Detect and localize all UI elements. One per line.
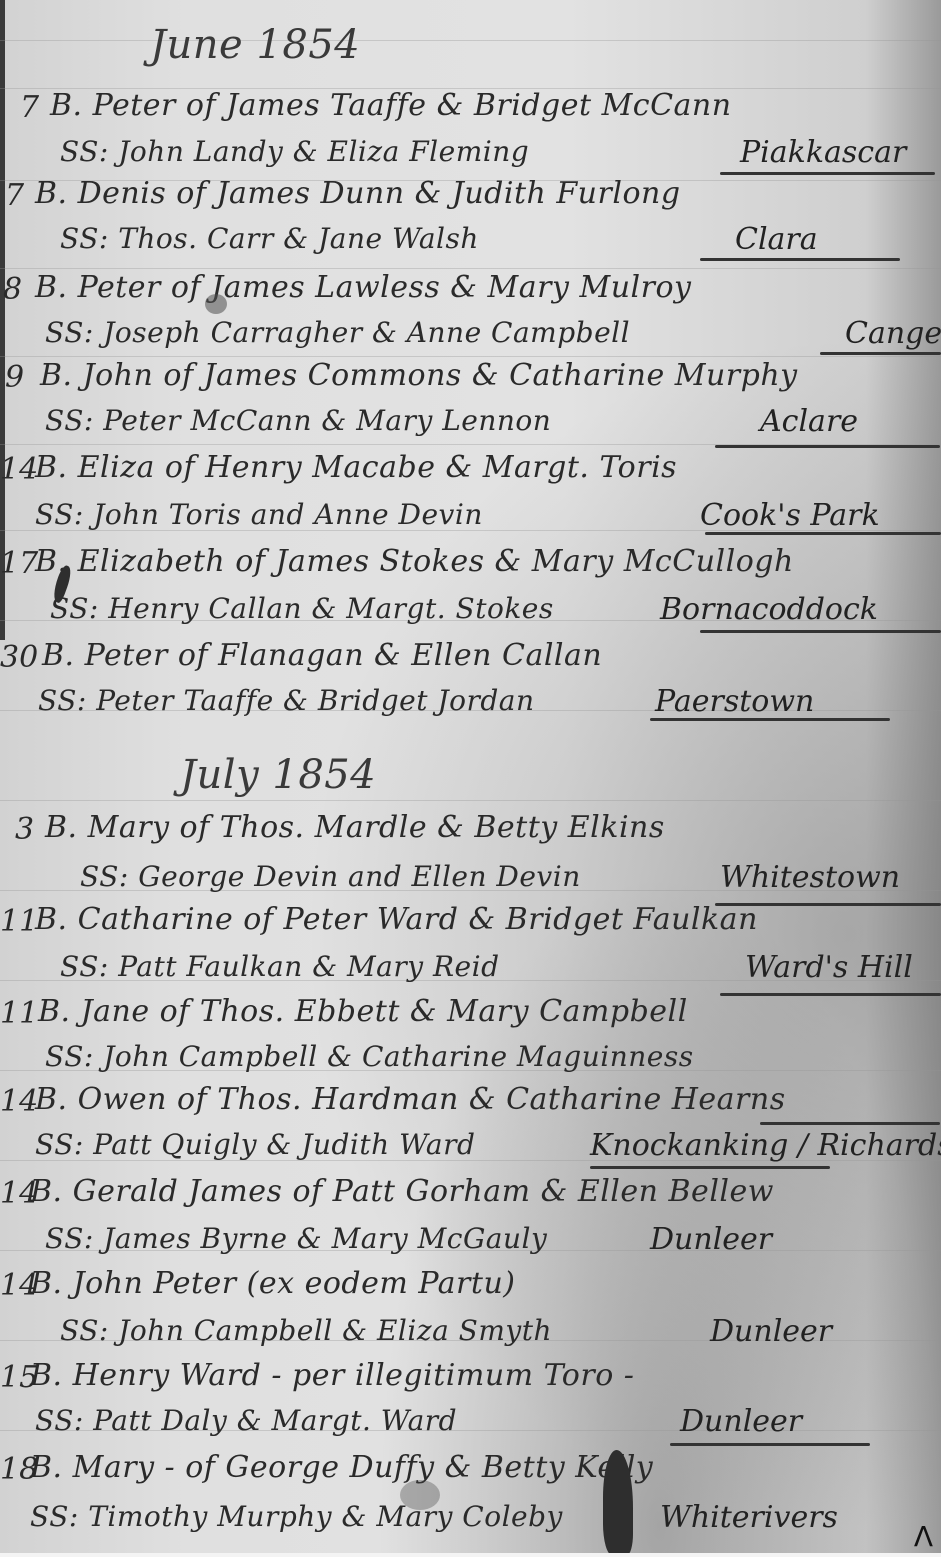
entry-day: 9 bbox=[5, 360, 24, 395]
entry-sponsors: SS: Patt Daly & Margt. Ward bbox=[35, 1404, 457, 1437]
entry-day: 14 bbox=[0, 452, 38, 487]
entry-townland: Cook's Park bbox=[700, 498, 880, 533]
entry-baptism: B. Mary - of George Duffy & Betty Kelly bbox=[30, 1450, 653, 1485]
entry-baptism: B. Jane of Thos. Ebbett & Mary Campbell bbox=[38, 994, 688, 1029]
month-heading-july: July 1854 bbox=[180, 752, 376, 798]
entry-baptism: B. Henry Ward - per illegitimum Toro - bbox=[30, 1358, 634, 1393]
entry-sponsors: SS: Patt Quigly & Judith Ward bbox=[35, 1128, 475, 1161]
entry-townland: Cange bbox=[845, 316, 941, 351]
entry-baptism: B. John of James Commons & Catharine Mur… bbox=[40, 358, 798, 393]
entry-sponsors: SS: Peter Taaffe & Bridget Jordan bbox=[38, 684, 534, 717]
entry-townland: Clara bbox=[735, 222, 818, 257]
entry-day: 3 bbox=[15, 812, 34, 847]
page-mark: Λ bbox=[914, 1520, 933, 1553]
entry-sponsors: SS: Henry Callan & Margt. Stokes bbox=[50, 592, 554, 625]
entry-sponsors: SS: Timothy Murphy & Mary Coleby bbox=[30, 1500, 563, 1533]
entry-townland: Aclare bbox=[760, 404, 858, 439]
entry-baptism: B. Peter of James Taaffe & Bridget McCan… bbox=[50, 88, 732, 123]
entry-day: 11 bbox=[0, 904, 38, 939]
month-heading-june: June 1854 bbox=[150, 22, 360, 68]
entry-sponsors: SS: Joseph Carragher & Anne Campbell bbox=[45, 316, 630, 349]
entry-sponsors: SS: Peter McCann & Mary Lennon bbox=[45, 404, 551, 437]
entry-baptism: B. Owen of Thos. Hardman & Catharine Hea… bbox=[35, 1082, 786, 1117]
entry-townland: Bornacoddock bbox=[660, 592, 878, 627]
entry-townland: Dunleer bbox=[650, 1222, 772, 1257]
entry-sponsors: SS: Patt Faulkan & Mary Reid bbox=[60, 950, 500, 983]
page-binding-edge bbox=[0, 0, 5, 640]
entry-sponsors: SS: Thos. Carr & Jane Walsh bbox=[60, 222, 479, 255]
entry-sponsors: SS: John Toris and Anne Devin bbox=[35, 498, 483, 531]
entry-townland: Knockanking / Richardstown bbox=[590, 1128, 941, 1163]
entry-day: 7 bbox=[20, 90, 39, 125]
entry-day: 17 bbox=[0, 546, 38, 581]
entry-baptism: B. Mary of Thos. Mardle & Betty Elkins bbox=[45, 810, 665, 845]
entry-baptism: B. Elizabeth of James Stokes & Mary McCu… bbox=[35, 544, 794, 579]
entry-townland: Whitestown bbox=[720, 860, 900, 895]
entry-sponsors: SS: George Devin and Ellen Devin bbox=[80, 860, 581, 893]
entry-sponsors: SS: James Byrne & Mary McGauly bbox=[45, 1222, 547, 1255]
entry-townland: Paerstown bbox=[655, 684, 814, 719]
entry-day: 11 bbox=[0, 996, 38, 1031]
entry-townland: Whiterivers bbox=[660, 1500, 838, 1535]
entry-sponsors: SS: John Campbell & Eliza Smyth bbox=[60, 1314, 552, 1347]
entry-townland: Ward's Hill bbox=[745, 950, 913, 985]
entry-townland: Dunleer bbox=[680, 1404, 802, 1439]
entry-townland: Dunleer bbox=[710, 1314, 832, 1349]
entry-baptism: B. Gerald James of Patt Gorham & Ellen B… bbox=[30, 1174, 774, 1209]
entry-day: 14 bbox=[0, 1084, 38, 1119]
entry-sponsors: SS: John Landy & Eliza Fleming bbox=[60, 135, 529, 168]
entry-baptism: B. Denis of James Dunn & Judith Furlong bbox=[35, 176, 681, 211]
entry-day: 7 bbox=[5, 178, 24, 213]
entry-baptism: B. John Peter (ex eodem Partu) bbox=[30, 1266, 515, 1301]
entry-baptism: B. Peter of Flanagan & Ellen Callan bbox=[42, 638, 602, 673]
entry-day: 30 bbox=[0, 640, 38, 675]
register-page: June 1854 7 B. Peter of James Taaffe & B… bbox=[0, 0, 941, 1557]
entry-sponsors: SS: John Campbell & Catharine Maguinness bbox=[45, 1040, 694, 1073]
entry-day: 8 bbox=[3, 272, 22, 307]
entry-townland: Piakkascar bbox=[740, 135, 906, 170]
entry-baptism: B. Eliza of Henry Macabe & Margt. Toris bbox=[35, 450, 677, 485]
entry-baptism: B. Catharine of Peter Ward & Bridget Fau… bbox=[35, 902, 758, 937]
entry-baptism: B. Peter of James Lawless & Mary Mulroy bbox=[35, 270, 691, 305]
